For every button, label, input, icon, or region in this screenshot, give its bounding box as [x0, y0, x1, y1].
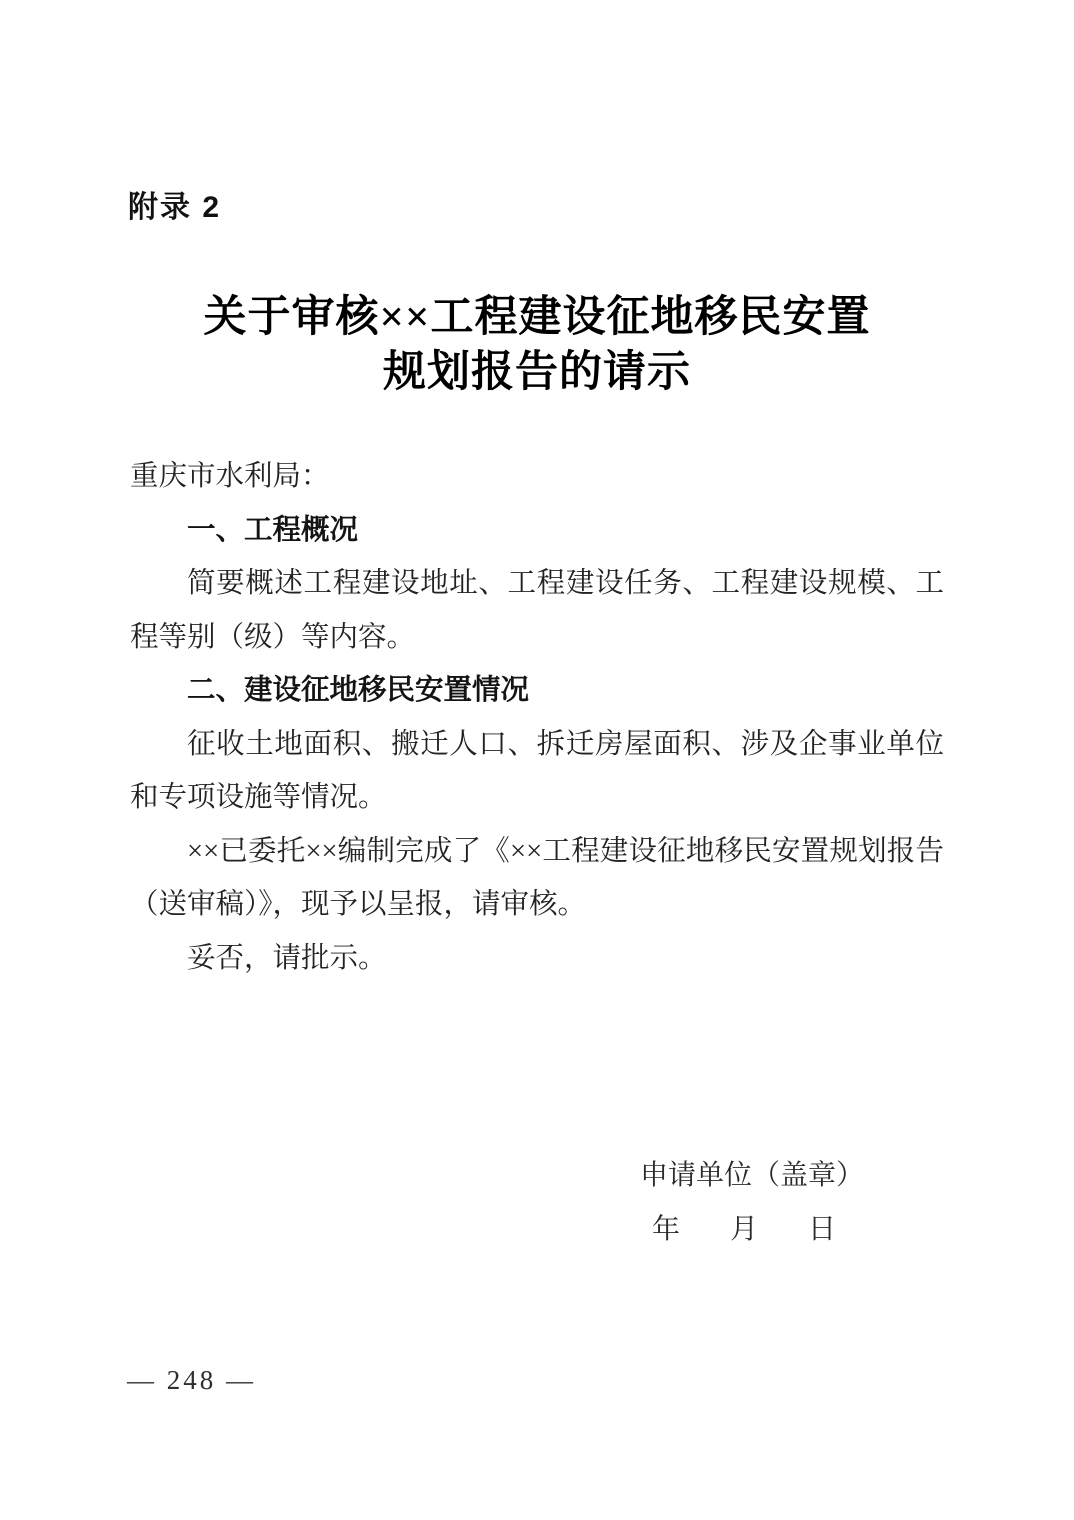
signature-date-line: 年 月 日 [652, 1214, 836, 1246]
section-2-paragraph-1: 征收土地面积、搬迁人口、拆迁房屋面积、涉及企事业单位和专项设施等情况。 [130, 718, 944, 825]
date-month-label: 月 [730, 1214, 758, 1246]
document-page: 附录 2 关于审核××工程建设征地移民安置 规划报告的请示 重庆市水利局： 一、… [0, 0, 1074, 1520]
date-year-label: 年 [652, 1214, 680, 1246]
page-number: — 248 — [127, 1364, 256, 1396]
closing-line: 妥否，请批示。 [130, 932, 944, 986]
date-day-label: 日 [808, 1214, 836, 1246]
section-1-paragraph-1: 简要概述工程建设地址、工程建设任务、工程建设规模、工程等别（级）等内容。 [130, 557, 944, 664]
section-1-heading: 一、工程概况 [130, 504, 944, 558]
section-2-heading: 二、建设征地移民安置情况 [130, 664, 944, 718]
appendix-label: 附录 2 [128, 190, 221, 226]
signature-unit-label: 申请单位（盖章） [640, 1160, 864, 1192]
document-title-line-1: 关于审核××工程建设征地移民安置 [0, 290, 1074, 345]
salutation: 重庆市水利局： [130, 450, 944, 504]
document-title: 关于审核××工程建设征地移民安置 规划报告的请示 [0, 290, 1074, 400]
document-title-line-2: 规划报告的请示 [0, 345, 1074, 400]
document-body: 重庆市水利局： 一、工程概况 简要概述工程建设地址、工程建设任务、工程建设规模、… [130, 450, 944, 985]
section-2-paragraph-2: ××已委托××编制完成了《××工程建设征地移民安置规划报告（送审稿）》，现予以呈… [130, 825, 944, 932]
